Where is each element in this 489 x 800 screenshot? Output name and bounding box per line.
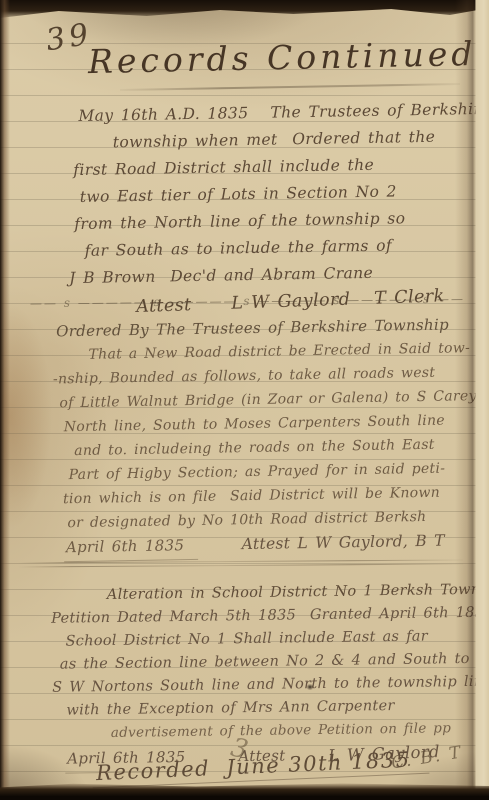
binding-edge-left xyxy=(0,0,10,800)
page-title: Records Continued xyxy=(88,34,477,81)
binding-edge-top xyxy=(0,0,489,20)
entry-school-district-alteration: Alteration in School District No 1 Berks… xyxy=(51,579,451,771)
attest-signature: Attest L W Gaylord, B T xyxy=(242,529,446,558)
binding-edge-bottom xyxy=(0,782,489,800)
entry-new-road-district: Ordered By The Trustees of Berkshire Tow… xyxy=(50,313,451,561)
page-edge-right xyxy=(455,0,489,800)
section-divider xyxy=(18,556,463,573)
title-flourish-line xyxy=(120,83,460,91)
ledger-page: 39 Records Continued May 16th A.D. 1835 … xyxy=(0,0,489,800)
entry-road-district-may: May 16th A.D. 1835 The Trustees of Berks… xyxy=(50,97,451,321)
